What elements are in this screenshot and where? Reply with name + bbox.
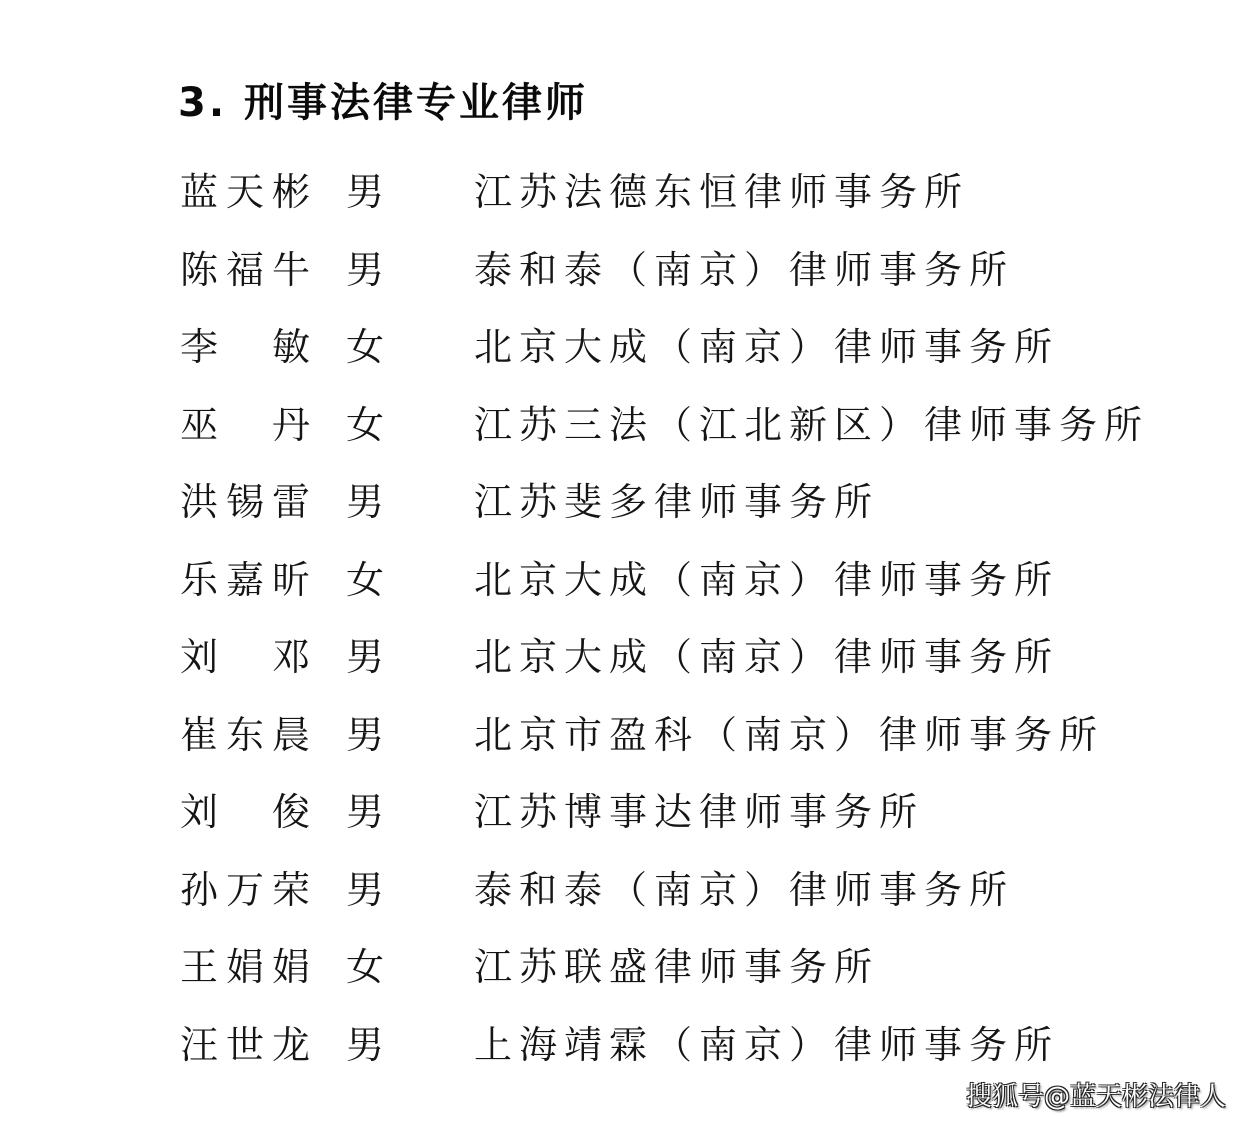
lawyer-firm: 泰和泰（南京）律师事务所 (474, 239, 1014, 294)
lawyer-firm: 泰和泰（南京）律师事务所 (474, 859, 1014, 914)
lawyer-gender: 男 (346, 161, 436, 216)
lawyer-firm: 上海靖霖（南京）律师事务所 (474, 1014, 1059, 1069)
lawyer-row: 洪锡雷 男 江苏斐多律师事务所 (180, 460, 1149, 538)
name-char: 锡 (226, 471, 264, 526)
name-char: 邓 (272, 626, 310, 681)
lawyer-firm: 江苏法德东恒律师事务所 (474, 161, 969, 216)
lawyer-gender: 男 (346, 859, 436, 914)
lawyer-row: 巫丹 女 江苏三法（江北新区）律师事务所 (180, 383, 1149, 461)
lawyer-name: 蓝天彬 (180, 161, 310, 216)
name-char: 万 (226, 859, 264, 914)
name-char: 刘 (180, 626, 218, 681)
lawyer-row: 刘邓 男 北京大成（南京）律师事务所 (180, 615, 1149, 693)
lawyer-name: 陈福牛 (180, 239, 310, 294)
lawyer-row: 乐嘉昕 女 北京大成（南京）律师事务所 (180, 538, 1149, 616)
lawyer-gender: 女 (346, 936, 436, 991)
lawyer-name: 刘邓 (180, 626, 310, 681)
lawyer-row: 蓝天彬 男 江苏法德东恒律师事务所 (180, 150, 1149, 228)
lawyer-firm: 北京大成（南京）律师事务所 (474, 549, 1059, 604)
lawyer-name: 李敏 (180, 316, 310, 371)
name-char: 昕 (272, 549, 310, 604)
lawyer-name: 洪锡雷 (180, 471, 310, 526)
name-char: 汪 (180, 1014, 218, 1069)
name-char: 娟 (272, 936, 310, 991)
lawyer-row: 刘俊 男 江苏博事达律师事务所 (180, 770, 1149, 848)
name-char: 雷 (272, 471, 310, 526)
lawyer-gender: 男 (346, 626, 436, 681)
lawyer-gender: 男 (346, 239, 436, 294)
name-char: 福 (226, 239, 264, 294)
name-char: 世 (226, 1014, 264, 1069)
lawyer-gender: 女 (346, 394, 436, 449)
name-char: 天 (226, 161, 264, 216)
section-heading: 3. 刑事法律专业律师 (178, 78, 588, 128)
name-char: 娟 (226, 936, 264, 991)
name-char: 嘉 (226, 549, 264, 604)
name-char: 孙 (180, 859, 218, 914)
name-char: 牛 (272, 239, 310, 294)
name-char: 俊 (272, 781, 310, 836)
name-char: 晨 (272, 704, 310, 759)
name-char: 东 (226, 704, 264, 759)
lawyer-firm: 北京大成（南京）律师事务所 (474, 626, 1059, 681)
lawyer-name: 孙万荣 (180, 859, 310, 914)
lawyer-gender: 男 (346, 1014, 436, 1069)
name-char: 荣 (272, 859, 310, 914)
lawyer-name: 王娟娟 (180, 936, 310, 991)
name-char: 刘 (180, 781, 218, 836)
lawyer-gender: 女 (346, 316, 436, 371)
lawyer-row: 汪世龙 男 上海靖霖（南京）律师事务所 (180, 1003, 1149, 1081)
name-char: 丹 (272, 394, 310, 449)
lawyer-row: 李敏 女 北京大成（南京）律师事务所 (180, 305, 1149, 383)
name-char: 王 (180, 936, 218, 991)
name-char: 龙 (272, 1014, 310, 1069)
lawyer-firm: 江苏斐多律师事务所 (474, 471, 879, 526)
name-char: 乐 (180, 549, 218, 604)
lawyer-gender: 男 (346, 471, 436, 526)
lawyer-name: 崔东晨 (180, 704, 310, 759)
lawyer-row: 陈福牛 男 泰和泰（南京）律师事务所 (180, 228, 1149, 306)
lawyer-firm: 北京大成（南京）律师事务所 (474, 316, 1059, 371)
lawyer-row: 王娟娟 女 江苏联盛律师事务所 (180, 925, 1149, 1003)
name-char: 崔 (180, 704, 218, 759)
lawyer-list: 蓝天彬 男 江苏法德东恒律师事务所 陈福牛 男 泰和泰（南京）律师事务所 李敏 … (180, 150, 1149, 1080)
name-char: 李 (180, 316, 218, 371)
lawyer-gender: 男 (346, 781, 436, 836)
name-char: 蓝 (180, 161, 218, 216)
lawyer-gender: 男 (346, 704, 436, 759)
name-char: 彬 (272, 161, 310, 216)
lawyer-firm: 江苏联盛律师事务所 (474, 936, 879, 991)
lawyer-name: 刘俊 (180, 781, 310, 836)
name-char: 洪 (180, 471, 218, 526)
name-char: 敏 (272, 316, 310, 371)
lawyer-name: 汪世龙 (180, 1014, 310, 1069)
lawyer-firm: 北京市盈科（南京）律师事务所 (474, 704, 1104, 759)
lawyer-row: 孙万荣 男 泰和泰（南京）律师事务所 (180, 848, 1149, 926)
lawyer-row: 崔东晨 男 北京市盈科（南京）律师事务所 (180, 693, 1149, 771)
lawyer-gender: 女 (346, 549, 436, 604)
lawyer-firm: 江苏三法（江北新区）律师事务所 (474, 394, 1149, 449)
lawyer-name: 乐嘉昕 (180, 549, 310, 604)
name-char: 陈 (180, 239, 218, 294)
lawyer-firm: 江苏博事达律师事务所 (474, 781, 924, 836)
lawyer-name: 巫丹 (180, 394, 310, 449)
name-char: 巫 (180, 394, 218, 449)
sohu-watermark: 搜狐号@蓝天彬法律人 (966, 1080, 1226, 1114)
